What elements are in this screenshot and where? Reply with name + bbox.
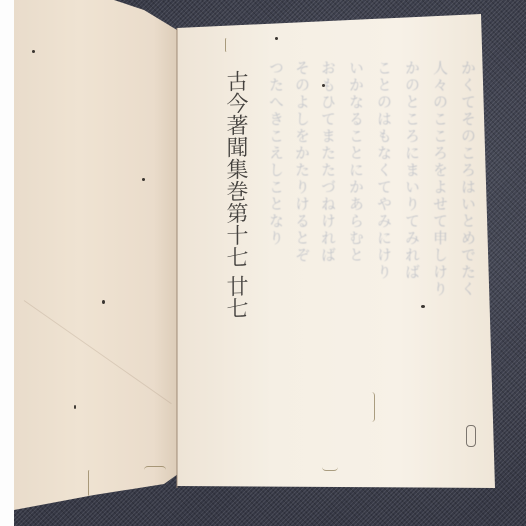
paper-spot: [102, 300, 105, 304]
bleed-through-column: そのよしをかたりけるとぞ: [294, 60, 310, 440]
bleed-through-column: 人々のこころをよせて申しけり: [432, 60, 448, 440]
paper-crease: [24, 300, 172, 404]
paper-tear: [322, 462, 338, 471]
wormhole-mark: [466, 425, 476, 447]
wormhole-mark: [368, 392, 375, 422]
paper-spot: [275, 37, 278, 40]
bleed-through-column: かのところにまいりてみれば: [404, 60, 420, 440]
paper-spot: [32, 50, 35, 53]
book-photo: かくてそのころはいとめでたく 人々のこころをよせて申しけり かのところにまいりて…: [0, 0, 526, 526]
left-border-strip: [0, 0, 14, 526]
bleed-through-column: つたへきこえしことなり: [268, 60, 284, 440]
paper-spot: [421, 305, 425, 308]
left-page: [14, 0, 178, 510]
paper-tear: [144, 466, 166, 475]
title-inscription: 古今著聞集巻第十七 廿七: [221, 70, 249, 361]
paper-tear: [225, 38, 228, 52]
paper-spot: [142, 178, 145, 181]
bleed-through-column: いかなることにかあらむと: [348, 60, 364, 440]
bleed-through-column: おもひてまたたづねければ: [320, 60, 336, 440]
book-spine-fold: [176, 28, 178, 488]
paper-spot: [74, 405, 76, 409]
bleed-through-column: ことのはもなくてやみにけり: [376, 60, 392, 440]
bleed-through-column: かくてそのころはいとめでたく: [460, 60, 476, 440]
paper-spot: [322, 84, 325, 87]
paper-tear: [88, 470, 91, 496]
